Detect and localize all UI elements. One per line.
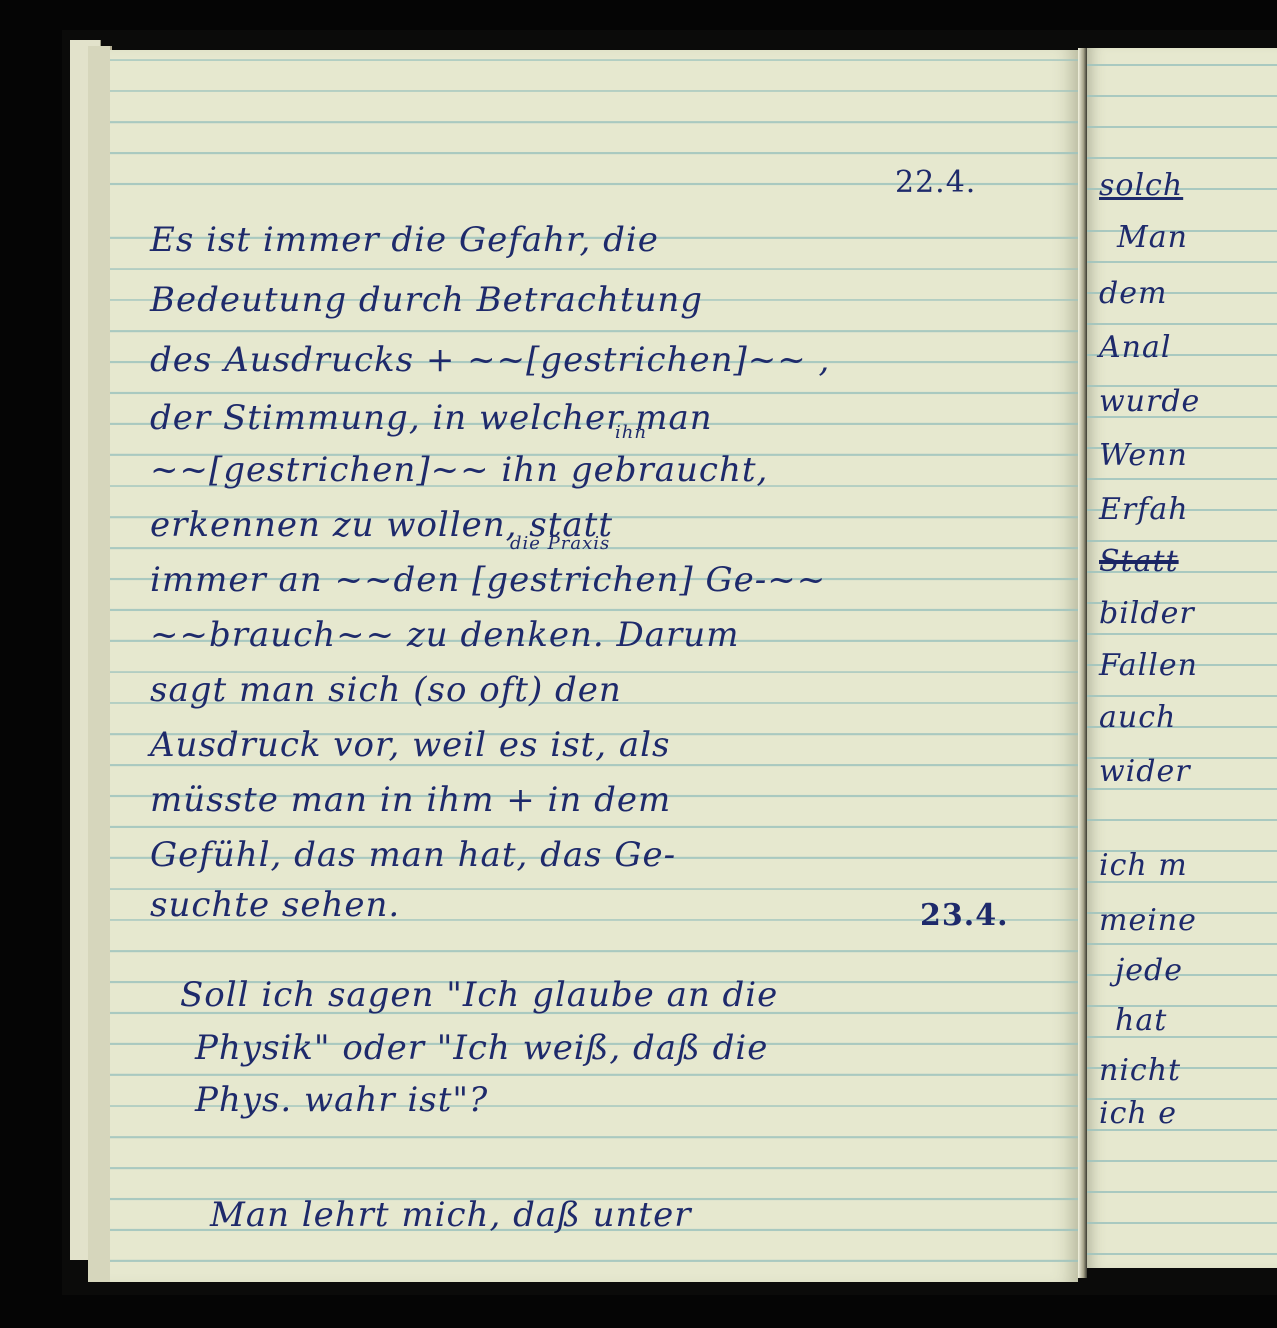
text-line: des Ausdrucks + ~~[gestrichen]~~ ,	[150, 340, 830, 380]
text-line: Man lehrt mich, daß unter	[210, 1195, 691, 1235]
entry-date: 22.4.	[895, 165, 976, 200]
text-line: ~~[gestrichen]~~ ihn gebraucht,	[150, 450, 768, 490]
text-line: wurde	[1099, 384, 1200, 419]
text-line: Fallen	[1099, 648, 1198, 683]
book-gutter	[1078, 48, 1087, 1278]
right-page: solch Man dem Anal wurde Wenn Erfah Stat…	[1087, 48, 1277, 1268]
text-line: sagt man sich (so oft) den	[150, 670, 622, 710]
entry-date: 23.4.	[920, 898, 1009, 933]
text-line: Phys. wahr ist"?	[195, 1080, 488, 1120]
text-line: suchte sehen.	[150, 885, 400, 925]
text-line: immer an ~~den [gestrichen] Ge-~~	[150, 560, 826, 600]
text-line: solch	[1099, 168, 1183, 203]
text-line: Gefühl, das man hat, das Ge-	[150, 835, 676, 875]
text-line: Es ist immer die Gefahr, die	[150, 220, 659, 260]
text-line: Wenn	[1099, 438, 1188, 473]
text-line: Ausdruck vor, weil es ist, als	[150, 725, 670, 765]
text-line: Physik" oder "Ich weiß, daß die	[195, 1028, 768, 1068]
text-line: jede	[1115, 953, 1183, 988]
text-line: Anal	[1099, 330, 1171, 365]
text-line: ich e	[1099, 1096, 1177, 1131]
insertion: die Praxis	[510, 533, 610, 554]
text-line: meine	[1099, 903, 1197, 938]
text-line: Erfah	[1099, 492, 1189, 527]
text-line: hat	[1115, 1003, 1167, 1038]
text-line: müsste man in ihm + in dem	[150, 780, 671, 820]
text-line: wider	[1099, 754, 1191, 789]
text-line: Statt	[1099, 544, 1179, 579]
page-stack-edge-inner	[88, 46, 112, 1282]
text-line: bilder	[1099, 596, 1195, 631]
text-line: ~~brauch~~ zu denken. Darum	[150, 615, 739, 655]
text-line: auch	[1099, 700, 1176, 735]
text-line: Soll ich sagen "Ich glaube an die	[180, 975, 778, 1015]
text-line: Bedeutung durch Betrachtung	[150, 280, 703, 320]
left-page: 22.4. Es ist immer die Gefahr, die Bedeu…	[110, 50, 1078, 1282]
text-line: ich m	[1099, 848, 1188, 883]
text-line: dem	[1099, 276, 1167, 311]
text-line: Man	[1117, 220, 1188, 255]
insertion: ihn	[615, 422, 647, 443]
text-line: nicht	[1099, 1053, 1181, 1088]
